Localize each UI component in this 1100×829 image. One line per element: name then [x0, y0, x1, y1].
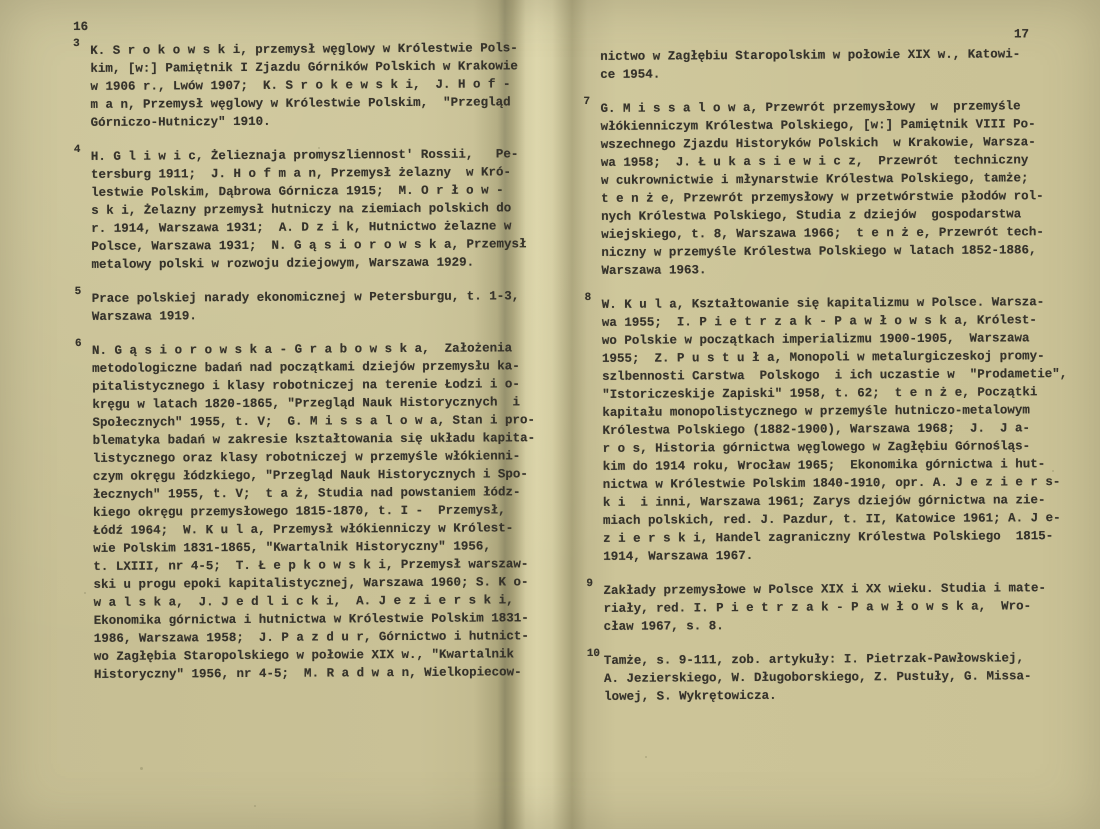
footnote: 4 H. G l i w i c, Żelieznaja promyszlien…	[91, 145, 537, 274]
footnote-continuation: nictwo w Zagłębiu Staropolskim w połowie…	[600, 45, 1065, 84]
paper-speckle	[1052, 470, 1054, 472]
footnote-text: Zakłady przemysłowe w Polsce XIX i XX wi…	[603, 579, 1068, 636]
footnote: 10 Tamże, s. 9-111, zob. artykuły: I. Pi…	[604, 649, 1069, 706]
footnote-marker: 6	[75, 338, 82, 350]
footnotes-right: 7 G. M i s s a l o w a, Przewrót przemys…	[600, 97, 1069, 706]
footnote-marker: 7	[583, 96, 590, 108]
footnote-text: H. G l i w i c, Żelieznaja promyszlienno…	[91, 145, 537, 274]
page-number-left: 16	[73, 15, 535, 36]
paper-speckle	[84, 592, 86, 594]
page-16: 16 3 K. S r o k o w s k i, przemysł węgl…	[73, 15, 539, 684]
footnote-text: Prace polskiej narady ekonomicznej w Pet…	[92, 287, 537, 326]
footnote-marker: 8	[585, 292, 592, 304]
footnote-text: K. S r o k o w s k i, przemysł węglowy w…	[90, 39, 536, 132]
footnote: 3 K. S r o k o w s k i, przemysł węglowy…	[90, 39, 536, 132]
paper-speckle	[254, 805, 256, 807]
paper-speckle	[645, 756, 647, 758]
footnote-text: Tamże, s. 9-111, zob. artykuły: I. Pietr…	[604, 649, 1069, 706]
footnote-text: W. K u l a, Kształtowanie się kapitalizm…	[602, 293, 1069, 566]
footnote: 6 N. G ą s i o r o w s k a - G r a b o w…	[92, 339, 539, 684]
footnote: 8 W. K u l a, Kształtowanie się kapitali…	[602, 293, 1069, 566]
paper-speckle	[140, 767, 143, 770]
footnote: 9 Zakłady przemysłowe w Polsce XIX i XX …	[603, 579, 1068, 636]
footnote: 5 Prace polskiej narady ekonomicznej w P…	[92, 287, 537, 326]
footnote-marker: 9	[586, 578, 593, 590]
footnote-marker: 3	[73, 38, 80, 50]
footnote-marker: 5	[75, 286, 82, 298]
page-17: 17 nictwo w Zagłębiu Staropolskim w poło…	[583, 25, 1069, 706]
footnote-marker: 10	[587, 648, 600, 660]
footnote-marker: 4	[74, 144, 81, 156]
footnotes-left: 3 K. S r o k o w s k i, przemysł węglowy…	[90, 39, 539, 684]
footnote: 7 G. M i s s a l o w a, Przewrót przemys…	[600, 97, 1066, 280]
footnote-text: N. G ą s i o r o w s k a - G r a b o w s…	[92, 339, 539, 684]
page-number-right: 17	[583, 25, 1065, 46]
book-scan: 16 3 K. S r o k o w s k i, przemysł węgl…	[0, 0, 1100, 829]
paper-speckle	[318, 147, 320, 149]
footnote-text: G. M i s s a l o w a, Przewrót przemysło…	[600, 97, 1066, 280]
